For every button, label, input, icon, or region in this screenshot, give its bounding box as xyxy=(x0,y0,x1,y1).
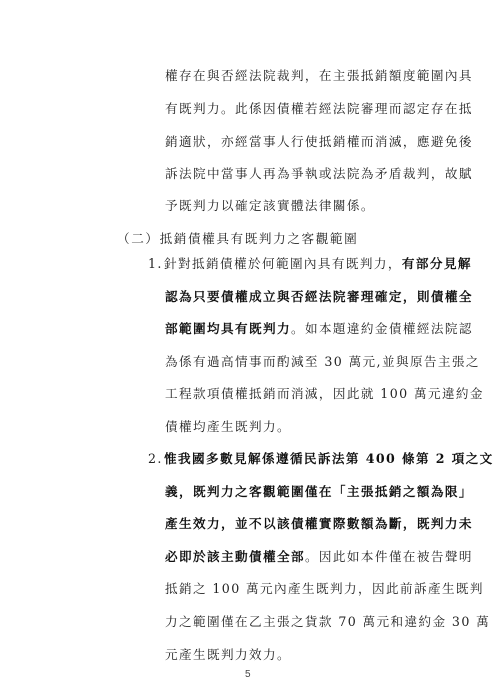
paragraph-line: 力之範圍僅在乙主張之貨款 70 萬元和違約金 30 萬 xyxy=(165,614,490,630)
text: 針對抵銷債權於何範圍內具有既判力， xyxy=(164,256,402,271)
bold-text: 惟我國多數見解係遵循民訴法第 400 條第 2 項之文 xyxy=(164,451,494,466)
text: 債權均產生既判力。 xyxy=(165,419,291,434)
text: 元產生既判力效力。 xyxy=(165,647,291,662)
paragraph-line: 訴法院中當事人再為爭執或法院為矛盾裁判，故賦 xyxy=(165,166,473,182)
bold-text: 義，既判力之客觀範圍僅在「主張抵銷之額為限」 xyxy=(165,484,473,499)
text: 抵銷之 100 萬元內產生既判力，因此前訴產生既判 xyxy=(165,581,484,596)
paragraph-line: 工程款項債權抵銷而消滅，因此就 100 萬元違約金 xyxy=(165,386,484,402)
paragraph-line: 部範圍均具有既判力。如本題違約金債權經法院認 xyxy=(165,321,473,337)
text: 為係有過高情事而酌減至 30 萬元,並與原告主張之 xyxy=(165,354,480,369)
item2-number: 2. xyxy=(148,451,163,467)
bold-text: 認為只要債權成立與否經法院審理確定，則債權全 xyxy=(165,289,473,304)
paragraph-line: 義，既判力之客觀範圍僅在「主張抵銷之額為限」 xyxy=(165,484,473,500)
paragraph-line: 惟我國多數見解係遵循民訴法第 400 條第 2 項之文 xyxy=(164,451,494,467)
paragraph-line: 予既判力以確定該實體法律關係。 xyxy=(165,198,375,214)
bold-text: 產生效力，並不以該債權實際數額為斷，既判力未 xyxy=(165,516,473,531)
text: 工程款項債權抵銷而消滅，因此就 100 萬元違約金 xyxy=(165,386,484,401)
paragraph-line: 針對抵銷債權於何範圍內具有既判力，有部分見解 xyxy=(164,256,472,272)
item1-number: 1. xyxy=(148,256,163,272)
bold-text: 部範圍均具有既判力 xyxy=(165,321,291,336)
paragraph-line: 產生效力，並不以該債權實際數額為斷，既判力未 xyxy=(165,516,473,532)
paragraph-line: 抵銷之 100 萬元內產生既判力，因此前訴產生既判 xyxy=(165,581,484,597)
paragraph-line: 認為只要債權成立與否經法院審理確定，則債權全 xyxy=(165,289,473,305)
paragraph-line: 銷適狀，亦經當事人行使抵銷權而消滅，應避免後 xyxy=(165,134,473,150)
paragraph-line: 為係有過高情事而酌減至 30 萬元,並與原告主張之 xyxy=(165,354,480,370)
section-heading: （二）抵銷債權具有既判力之客觀範圍 xyxy=(117,228,358,247)
bold-text: 有部分見解 xyxy=(402,256,472,271)
text: 力之範圍僅在乙主張之貨款 70 萬元和違約金 30 萬 xyxy=(165,614,490,629)
text: 。因此如本件僅在被告聲明 xyxy=(305,549,473,564)
text: 。如本題違約金債權經法院認 xyxy=(291,321,473,336)
page-number: 5 xyxy=(245,669,251,680)
paragraph-line: 元產生既判力效力。 xyxy=(165,647,291,663)
paragraph-line: 權存在與否經法院裁判，在主張抵銷額度範圍內具 xyxy=(165,68,473,84)
bold-text: 必即於該主動債權全部 xyxy=(165,549,305,564)
paragraph-line: 必即於該主動債權全部。因此如本件僅在被告聲明 xyxy=(165,549,473,565)
paragraph-line: 有既判力。此係因債權若經法院審理而認定存在抵 xyxy=(165,101,473,117)
paragraph-line: 債權均產生既判力。 xyxy=(165,419,291,435)
